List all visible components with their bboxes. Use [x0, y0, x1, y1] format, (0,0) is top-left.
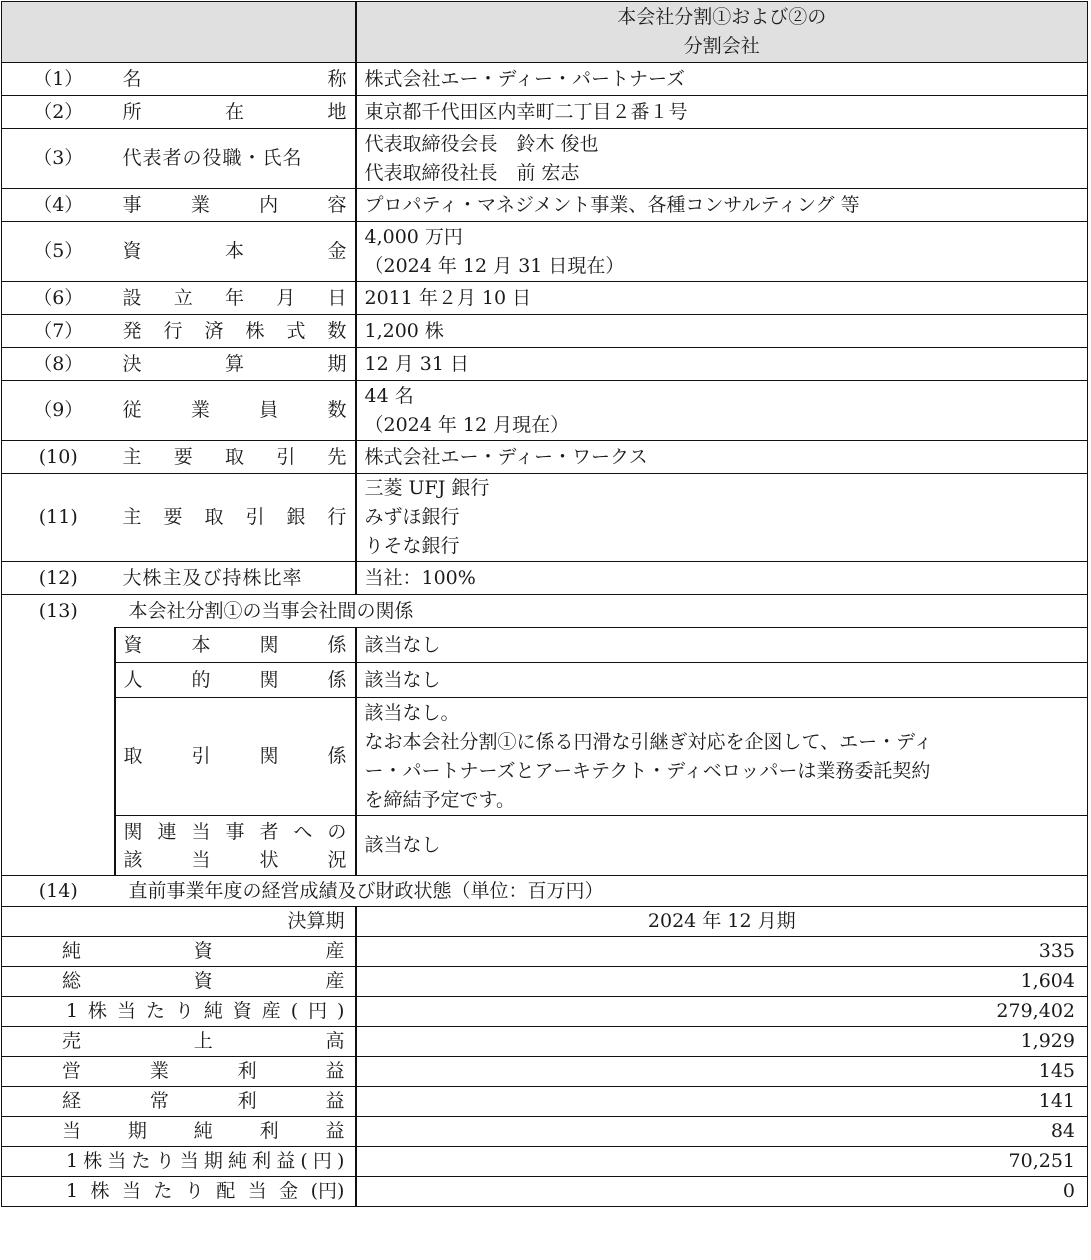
financial-row: 売上高1,929	[2, 1027, 1088, 1057]
value-line: 当社：100%	[365, 564, 1080, 593]
value-line: 44 名	[365, 382, 1080, 411]
label-text: 主要取引先	[123, 443, 347, 472]
label-char: 員	[259, 396, 278, 425]
row-label: 決算期	[115, 348, 356, 381]
financial-label: 総資産	[2, 967, 356, 997]
financial-label: 経常利益	[2, 1087, 356, 1117]
row-number: （4）	[2, 189, 115, 222]
indent-spacer	[2, 816, 115, 876]
label-char: 純	[194, 1117, 213, 1146]
label-char: 高	[325, 1027, 344, 1056]
header-title-line-2: 分割会社	[365, 32, 1080, 61]
value-line: 株式会社エー・ディー・ワークス	[365, 443, 1080, 472]
financial-value: 0	[356, 1177, 1088, 1207]
label-char: 経	[62, 1087, 81, 1116]
company-overview-document: 本会社分割①および②の 分割会社 （1）名称株式会社エー・ディー・パートナーズ（…	[1, 1, 1088, 1207]
label-char: 当	[117, 997, 136, 1026]
label-char: 引	[245, 503, 264, 532]
label-char: 業	[191, 191, 210, 220]
label-char: 名	[123, 65, 142, 94]
row-number: (11)	[2, 474, 115, 562]
row-value: 4,000 万円（2024 年 12 月 31 日現在）	[356, 222, 1088, 282]
row-label: 主要取引銀行	[115, 474, 356, 562]
label-char: 1	[66, 997, 78, 1026]
label-char: 益	[325, 1087, 344, 1116]
label-char: 先	[327, 443, 346, 472]
label-char: 資	[124, 631, 143, 660]
label-char: 資	[194, 967, 213, 996]
label-char: 内	[259, 191, 278, 220]
label-char: 式	[286, 317, 305, 346]
label-char: 年	[225, 284, 244, 313]
period-value: 2024 年 12 月期	[356, 907, 1088, 937]
row-number: （2）	[2, 96, 115, 129]
row-value: 2011 年２月 10 日	[356, 282, 1088, 315]
row-number: （6）	[2, 282, 115, 315]
label-char: 利	[260, 1117, 279, 1146]
label-char: 月	[276, 284, 295, 313]
label-char: 益	[276, 1147, 295, 1176]
financial-label: 1株当たり純資産(円)	[2, 997, 356, 1027]
indent-spacer	[2, 628, 115, 663]
label-char: 当	[107, 1147, 126, 1176]
label-char: の	[327, 818, 346, 846]
info-row: (11)主要取引銀行三菱 UFJ 銀行みずほ銀行りそな銀行	[2, 474, 1088, 562]
label-char: 主	[123, 443, 142, 472]
relation-section: (13)本会社分割①の当事会社間の関係資本関係該当なし人的関係該当なし取引関係該…	[2, 595, 1088, 876]
label-text: 資本金	[123, 237, 347, 266]
row-value: 代表取締役会長 鈴木 俊也代表取締役社長 前 宏志	[356, 129, 1088, 189]
financial-value: 84	[356, 1117, 1088, 1147]
row-number: (14)	[2, 876, 115, 907]
label-char: 資	[194, 937, 213, 966]
financial-label: 1株当たり配当金(円)	[2, 1177, 356, 1207]
label-char: 株	[245, 317, 264, 346]
label-text: 売上高	[62, 1027, 345, 1056]
row-label: 名称	[115, 63, 356, 96]
label-char: 発	[123, 317, 142, 346]
row-value: 株式会社エー・ディー・ワークス	[356, 441, 1088, 474]
label-text: 関連当事者への	[124, 818, 347, 846]
info-row: （1）名称株式会社エー・ディー・パートナーズ	[2, 63, 1088, 96]
row-value: 12 月 31 日	[356, 348, 1088, 381]
info-row: （2）所在地東京都千代田区内幸町二丁目２番１号	[2, 96, 1088, 129]
value-line: 該当なし	[365, 666, 1080, 695]
value-line: 該当なし	[365, 831, 1080, 860]
relation-row: 関連当事者への該当状況該当なし	[2, 816, 1088, 876]
value-line: 4,000 万円	[365, 223, 1080, 252]
relation-value: 該当なし	[356, 816, 1088, 876]
value-line: （2024 年 12 月現在）	[365, 411, 1080, 440]
financial-row: 1株当たり当期純利益(円)70,251	[2, 1147, 1088, 1177]
label-char: 利	[238, 1057, 257, 1086]
label-char: 当	[122, 1177, 141, 1206]
info-row: (10)主要取引先株式会社エー・ディー・ワークス	[2, 441, 1088, 474]
value-line: （2024 年 12 月 31 日現在）	[365, 252, 1080, 281]
info-row: （5）資本金4,000 万円（2024 年 12 月 31 日現在）	[2, 222, 1088, 282]
label-text: 決算期	[123, 350, 347, 379]
financial-value: 1,929	[356, 1027, 1088, 1057]
label-char: 数	[327, 396, 346, 425]
indent-spacer	[2, 698, 115, 816]
relation-label: 資本関係	[115, 628, 356, 663]
row-value: 東京都千代田区内幸町二丁目２番１号	[356, 96, 1088, 129]
label-char: 状	[259, 846, 278, 874]
relation-title: 本会社分割①の当事会社間の関係	[115, 595, 1088, 628]
value-line: みずほ銀行	[365, 503, 1080, 532]
label-char: 株	[91, 1177, 110, 1206]
company-overview-table: 本会社分割①および②の 分割会社 （1）名称株式会社エー・ディー・パートナーズ（…	[1, 1, 1088, 1207]
relation-value: 該当なし。なお本会社分割①に係る円滑な引継ぎ対応を企図して、エー・ディー・パート…	[356, 698, 1088, 816]
row-number: （3）	[2, 129, 115, 189]
label-char: 当	[180, 1147, 199, 1176]
label-char: 1	[66, 1177, 78, 1206]
header-title-line-1: 本会社分割①および②の	[365, 3, 1080, 32]
label-char: (	[291, 997, 298, 1026]
label-char: 取	[204, 503, 223, 532]
financial-value: 145	[356, 1057, 1088, 1087]
row-number: （9）	[2, 381, 115, 441]
label-char: 要	[174, 443, 193, 472]
financial-row: 総資産1,604	[2, 967, 1088, 997]
info-row: (12)大株主及び持株比率当社：100%	[2, 562, 1088, 595]
label-text: 営業利益	[62, 1057, 345, 1086]
financials-section: (14)直前事業年度の経営成績及び財政状態（単位：百万円）決算期2024 年 1…	[2, 876, 1088, 1207]
financial-value: 70,251	[356, 1147, 1088, 1177]
label-char: 立	[174, 284, 193, 313]
label-char: 要	[163, 503, 182, 532]
relation-label: 取引関係	[115, 698, 356, 816]
relation-label: 関連当事者への該当状況	[115, 816, 356, 876]
label-char: 的	[191, 666, 210, 695]
label-char: 金	[327, 237, 346, 266]
label-char: 当	[191, 846, 210, 874]
label-text: 人的関係	[124, 666, 347, 695]
label-char: 容	[327, 191, 346, 220]
row-label: 設立年月日	[115, 282, 356, 315]
info-row: （8）決算期12 月 31 日	[2, 348, 1088, 381]
label-char: 純	[228, 1147, 247, 1176]
label-text: 当期純利益	[62, 1117, 345, 1146]
label-char: 純	[204, 997, 223, 1026]
label-text: 経常利益	[62, 1087, 345, 1116]
label-char: 期	[204, 1147, 223, 1176]
label-char: 総	[62, 967, 81, 996]
label-char: 係	[327, 742, 346, 771]
label-char: 売	[62, 1027, 81, 1056]
row-label: 事業内容	[115, 189, 356, 222]
value-line: を締結予定です。	[365, 786, 1080, 815]
label-char: 産	[262, 997, 281, 1026]
financial-label: 1株当たり当期純利益(円)	[2, 1147, 356, 1177]
label-char: 関	[259, 742, 278, 771]
value-line: プロパティ・マネジメント事業、各種コンサルティング 等	[365, 191, 1080, 220]
label-char: 決	[123, 350, 142, 379]
row-number: (13)	[2, 595, 115, 628]
label-text: 名称	[123, 65, 347, 94]
financial-row: 当期純利益84	[2, 1117, 1088, 1147]
label-char: 産	[325, 937, 344, 966]
label-char: 当	[191, 818, 210, 846]
financial-label: 当期純利益	[2, 1117, 356, 1147]
label-char: 設	[123, 284, 142, 313]
label-char: 1	[66, 1147, 78, 1176]
value-line: なお本会社分割①に係る円滑な引継ぎ対応を企図して、エー・ディ	[365, 728, 1080, 757]
period-label: 決算期	[2, 907, 356, 937]
value-line: 代表取締役会長 鈴木 俊也	[365, 130, 1080, 159]
label-char: 益	[325, 1117, 344, 1146]
label-char: 取	[124, 742, 143, 771]
label-char: 数	[327, 317, 346, 346]
financial-label: 純資産	[2, 937, 356, 967]
info-row: （3）代表者の役職・氏名代表取締役会長 鈴木 俊也代表取締役社長 前 宏志	[2, 129, 1088, 189]
label-char: 事	[225, 818, 244, 846]
financial-value: 279,402	[356, 997, 1088, 1027]
label-char: 業	[191, 396, 210, 425]
row-value: 株式会社エー・ディー・パートナーズ	[356, 63, 1088, 96]
label-char: 上	[194, 1027, 213, 1056]
label-char: 当	[248, 1177, 267, 1206]
label-char: (円)	[311, 1177, 345, 1206]
label-char: 業	[150, 1057, 169, 1086]
label-text: 所在地	[123, 98, 347, 127]
label-text: 総資産	[62, 967, 345, 996]
label-char: 行	[327, 503, 346, 532]
label-char: へ	[293, 818, 312, 846]
label-char: 本	[225, 237, 244, 266]
value-line: 該当なし	[365, 631, 1080, 660]
info-row: （7）発行済株式数1,200 株	[2, 315, 1088, 348]
label-char: 済	[204, 317, 223, 346]
info-row: （6）設立年月日2011 年２月 10 日	[2, 282, 1088, 315]
relation-value: 該当なし	[356, 628, 1088, 663]
value-line: 2011 年２月 10 日	[365, 284, 1080, 313]
financial-row: 純資産335	[2, 937, 1088, 967]
financial-label: 売上高	[2, 1027, 356, 1057]
label-text: 1株当たり配当金(円)	[66, 1177, 345, 1206]
financials-title: 直前事業年度の経営成績及び財政状態（単位：百万円）	[115, 876, 1088, 907]
row-label: 大株主及び持株比率	[115, 562, 356, 595]
label-char: り	[156, 1147, 175, 1176]
value-line: 12 月 31 日	[365, 350, 1080, 379]
label-char: 銀	[286, 503, 305, 532]
label-char: 益	[325, 1057, 344, 1086]
label-char: 産	[325, 967, 344, 996]
label-char: 利	[252, 1147, 271, 1176]
label-char: 当	[62, 1117, 81, 1146]
label-char: 地	[327, 98, 346, 127]
financial-value: 335	[356, 937, 1088, 967]
row-label: 資本金	[115, 222, 356, 282]
label-char: 株	[83, 1147, 102, 1176]
label-text: 1株当たり当期純利益(円)	[66, 1147, 345, 1176]
row-value: 1,200 株	[356, 315, 1088, 348]
financial-value: 141	[356, 1087, 1088, 1117]
label-char: 者	[259, 818, 278, 846]
label-char: 人	[124, 666, 143, 695]
label-char: 営	[62, 1057, 81, 1086]
label-text: 資本関係	[124, 631, 347, 660]
label-char: 従	[123, 396, 142, 425]
label-char: )	[337, 997, 344, 1026]
label-char: 引	[276, 443, 295, 472]
label-char: )	[337, 1147, 344, 1176]
label-char: 関	[124, 818, 143, 846]
label-char: 主	[123, 503, 142, 532]
label-char: 常	[150, 1087, 169, 1116]
row-label: 所在地	[115, 96, 356, 129]
label-char: 事	[123, 191, 142, 220]
row-label: 代表者の役職・氏名	[115, 129, 356, 189]
label-char: 円	[313, 1147, 332, 1176]
row-number: （7）	[2, 315, 115, 348]
label-char: 利	[238, 1087, 257, 1116]
label-text: 発行済株式数	[123, 317, 347, 346]
label-char: 引	[191, 742, 210, 771]
label-char: 関	[259, 631, 278, 660]
label-char: 係	[327, 631, 346, 660]
label-char: 期	[128, 1117, 147, 1146]
label-text: 該当状況	[124, 846, 347, 874]
label-char: た	[131, 1147, 150, 1176]
header-company-column: 本会社分割①および②の 分割会社	[356, 2, 1088, 63]
label-text: 従業員数	[123, 396, 347, 425]
indent-spacer	[2, 663, 115, 698]
label-char: 金	[279, 1177, 298, 1206]
value-line: ー・パートナーズとアーキテクト・ディベロッパーは業務委託契約	[365, 757, 1080, 786]
label-text: 主要取引銀行	[123, 503, 347, 532]
label-char: 在	[225, 98, 244, 127]
label-text: 取引関係	[124, 742, 347, 771]
label-char: 称	[327, 65, 346, 94]
label-char: 所	[123, 98, 142, 127]
relation-value: 該当なし	[356, 663, 1088, 698]
label-char: 配	[216, 1177, 235, 1206]
financial-value: 1,604	[356, 967, 1088, 997]
label-char: 況	[327, 846, 346, 874]
row-label: 従業員数	[115, 381, 356, 441]
financials-title-row: (14)直前事業年度の経営成績及び財政状態（単位：百万円）	[2, 876, 1088, 907]
label-char: た	[153, 1177, 172, 1206]
row-number: (12)	[2, 562, 115, 595]
label-char: 円	[308, 997, 327, 1026]
value-line: 該当なし。	[365, 699, 1080, 728]
label-text: 事業内容	[123, 191, 347, 220]
label-char: 株	[88, 997, 107, 1026]
row-number: (10)	[2, 441, 115, 474]
label-char: 該	[124, 846, 143, 874]
info-row: （4）事業内容プロパティ・マネジメント事業、各種コンサルティング 等	[2, 189, 1088, 222]
label-text: 純資産	[62, 937, 345, 966]
value-line: 三菱 UFJ 銀行	[365, 474, 1080, 503]
value-line: 1,200 株	[365, 317, 1080, 346]
row-label: 主要取引先	[115, 441, 356, 474]
overview-rows: （1）名称株式会社エー・ディー・パートナーズ（2）所在地東京都千代田区内幸町二丁…	[2, 63, 1088, 595]
value-line: 株式会社エー・ディー・パートナーズ	[365, 65, 1080, 94]
label-char: 資	[123, 237, 142, 266]
financial-row: 1株当たり配当金(円)0	[2, 1177, 1088, 1207]
value-line: 代表取締役社長 前 宏志	[365, 159, 1080, 188]
label-char: 取	[225, 443, 244, 472]
label-char: 行	[163, 317, 182, 346]
label-char: 算	[225, 350, 244, 379]
row-value: プロパティ・マネジメント事業、各種コンサルティング 等	[356, 189, 1088, 222]
label-char: 関	[259, 666, 278, 695]
financial-row: 経常利益141	[2, 1087, 1088, 1117]
financial-label: 営業利益	[2, 1057, 356, 1087]
row-label: 発行済株式数	[115, 315, 356, 348]
label-char: 係	[327, 666, 346, 695]
label-char: 純	[62, 937, 81, 966]
relation-title-row: (13)本会社分割①の当事会社間の関係	[2, 595, 1088, 628]
info-row: （9）従業員数44 名（2024 年 12 月現在）	[2, 381, 1088, 441]
row-value: 44 名（2024 年 12 月現在）	[356, 381, 1088, 441]
label-char: り	[175, 997, 194, 1026]
label-char: り	[185, 1177, 204, 1206]
label-char: 資	[233, 997, 252, 1026]
table-header-row: 本会社分割①および②の 分割会社	[2, 2, 1088, 63]
row-number: （1）	[2, 63, 115, 96]
label-char: た	[146, 997, 165, 1026]
row-number: （8）	[2, 348, 115, 381]
relation-row: 人的関係該当なし	[2, 663, 1088, 698]
period-row: 決算期2024 年 12 月期	[2, 907, 1088, 937]
label-char: 日	[327, 284, 346, 313]
relation-label: 人的関係	[115, 663, 356, 698]
row-value: 当社：100%	[356, 562, 1088, 595]
label-char: (	[300, 1147, 307, 1176]
header-blank-cell	[2, 2, 356, 63]
value-line: りそな銀行	[365, 532, 1080, 561]
label-text: 設立年月日	[123, 284, 347, 313]
row-value: 三菱 UFJ 銀行みずほ銀行りそな銀行	[356, 474, 1088, 562]
label-text: 1株当たり純資産(円)	[66, 997, 345, 1026]
financial-row: 営業利益145	[2, 1057, 1088, 1087]
label-char: 期	[327, 350, 346, 379]
row-number: （5）	[2, 222, 115, 282]
label-char: 連	[157, 818, 176, 846]
label-char: 本	[191, 631, 210, 660]
relation-row: 資本関係該当なし	[2, 628, 1088, 663]
value-line: 東京都千代田区内幸町二丁目２番１号	[365, 98, 1080, 127]
financial-row: 1株当たり純資産(円)279,402	[2, 997, 1088, 1027]
relation-row: 取引関係該当なし。なお本会社分割①に係る円滑な引継ぎ対応を企図して、エー・ディー…	[2, 698, 1088, 816]
